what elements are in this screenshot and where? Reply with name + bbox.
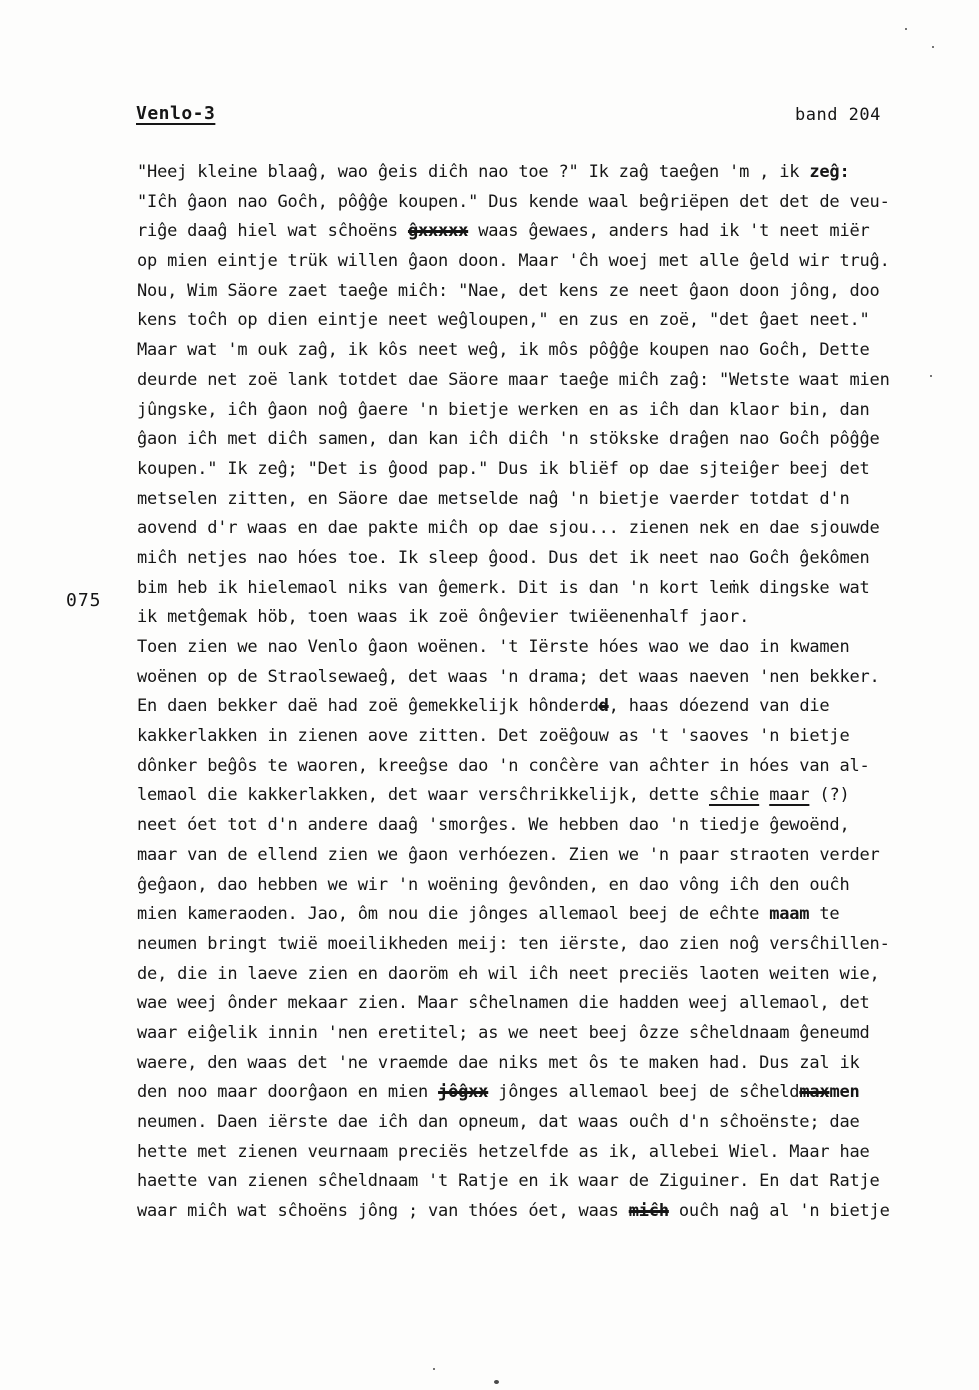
text-line: jûngske, iĉh ĝaon noĝ ĝaere 'n bietje we… — [137, 396, 937, 426]
overtyped-text: men — [829, 1082, 859, 1102]
text-segment: jûngske, iĉh ĝaon noĝ ĝaere 'n bietje we… — [137, 400, 870, 420]
text-segment: , haas dóezend van die — [609, 696, 830, 716]
text-line: neet óet tot d'n andere daaĝ 'smorĝes. W… — [137, 811, 937, 841]
text-segment: op mien eintje trük willen ĝaon doon. Ma… — [137, 251, 890, 271]
scan-speck — [433, 1368, 435, 1370]
text-line: ĝeĝaon, dao hebben we wir 'n woëning ĝev… — [137, 871, 937, 901]
text-segment: te — [809, 904, 839, 924]
text-line: maar van de ellend zien we ĝaon verhóeze… — [137, 841, 937, 871]
struck-out-text: miĉh — [629, 1201, 669, 1221]
text-segment: jônges allemaol beej de sĉheld — [488, 1082, 799, 1102]
text-segment: woënen op de Straolsewaeĝ, det waas 'n d… — [137, 667, 880, 687]
struck-out-text: max — [799, 1082, 829, 1102]
text-line: aovend d'r waas en dae pakte miĉh op dae… — [137, 514, 937, 544]
text-segment: "Iĉh ĝaon nao Goĉh, pôĝĝe koupen." Dus k… — [137, 192, 890, 212]
text-segment: den noo maar doorĝaon en mien — [137, 1082, 438, 1102]
text-line: kakkerlakken in zienen aove zitten. Det … — [137, 722, 937, 752]
text-segment: ouĉh naĝ al 'n bietje — [669, 1201, 890, 1221]
transcription-body: "Heej kleine blaaĝ, wao ĝeis diĉh nao to… — [137, 158, 937, 1227]
text-line: lemaol die kakkerlakken, det waar versĉh… — [137, 781, 937, 811]
margin-line-number: 075 — [66, 590, 102, 611]
text-line: "Iĉh ĝaon nao Goĉh, pôĝĝe koupen." Dus k… — [137, 188, 937, 218]
text-segment: Nou, Wim Säore zaet taeĝe miĉh: "Nae, de… — [137, 281, 880, 301]
scan-speck — [905, 28, 907, 30]
scan-speck — [494, 1380, 499, 1384]
text-line: kens toĉh op dien eintje neet weĝloupen,… — [137, 306, 937, 336]
text-line: neumen. Daen iërste dae iĉh dan opneum, … — [137, 1108, 937, 1138]
page-title: Venlo-3 — [136, 103, 215, 124]
text-line: neumen bringt twië moeilikheden meij: te… — [137, 930, 937, 960]
text-segment: mien kameraoden. Jao, ôm nou die jônges … — [137, 904, 769, 924]
text-segment: Toen zien we nao Venlo ĝaon woënen. 't I… — [137, 637, 849, 657]
text-segment: kakkerlakken in zienen aove zitten. Det … — [137, 726, 849, 746]
scan-speck — [932, 46, 934, 48]
text-line: ik metĝemak höb, toen waas ik zoë ônĝevi… — [137, 603, 937, 633]
text-line: dônker beĝôs te waoren, kreeĝse dao 'n c… — [137, 752, 937, 782]
struck-out-text: ĝxxxxx — [408, 221, 468, 241]
text-line: den noo maar doorĝaon en mien jôĝxx jông… — [137, 1078, 937, 1108]
text-line: Nou, Wim Säore zaet taeĝe miĉh: "Nae, de… — [137, 277, 937, 307]
overtyped-text: maam — [769, 904, 809, 924]
text-segment: ik metĝemak höb, toen waas ik zoë ônĝevi… — [137, 607, 749, 627]
text-line: koupen." Ik zeĝ; "Det is ĝood pap." Dus … — [137, 455, 937, 485]
text-segment: deurde net zoë lank totdet dae Säore maa… — [137, 370, 890, 390]
text-segment: waas ĝewaes, anders had ik 't neet miër — [468, 221, 869, 241]
text-segment: riĝe daaĝ hiel wat sĉhoëns — [137, 221, 408, 241]
text-segment: dônker beĝôs te waoren, kreeĝse dao 'n c… — [137, 756, 870, 776]
text-segment: waar miĉh wat sĉhoëns jông ; van thóes ó… — [137, 1201, 629, 1221]
band-number: band 204 — [795, 105, 881, 125]
text-line: waar miĉh wat sĉhoëns jông ; van thóes ó… — [137, 1197, 937, 1227]
text-segment: haette van zienen sĉheldnaam 't Ratje en… — [137, 1171, 880, 1191]
document-page: Venlo-3 band 204 075 "Heej kleine blaaĝ,… — [0, 0, 979, 1390]
text-line: waere, den waas det 'ne vraemde dae niks… — [137, 1049, 937, 1079]
text-line: op mien eintje trük willen ĝaon doon. Ma… — [137, 247, 937, 277]
text-segment: neumen bringt twië moeilikheden meij: te… — [137, 934, 890, 954]
text-segment: En daen bekker daë had zoë ĝemekkelijk h… — [137, 696, 599, 716]
text-segment: neumen. Daen iërste dae iĉh dan opneum, … — [137, 1112, 860, 1132]
text-segment: kens toĉh op dien eintje neet weĝloupen,… — [137, 310, 870, 330]
text-segment: koupen." Ik zeĝ; "Det is ĝood pap." Dus … — [137, 459, 870, 479]
text-segment: de, die in laeve zien en daoröm eh wil i… — [137, 964, 880, 984]
text-line: de, die in laeve zien en daoröm eh wil i… — [137, 960, 937, 990]
text-segment: ĝeĝaon, dao hebben we wir 'n woëning ĝev… — [137, 875, 849, 895]
struck-out-text: jôĝxx — [438, 1082, 488, 1102]
text-segment: ĝaon iĉh met diĉh samen, dan kan iĉh diĉ… — [137, 429, 880, 449]
text-line: hette met zienen veurnaam preciës hetzel… — [137, 1138, 937, 1168]
text-line: miĉh netjes nao hóes toe. Ik sleep ĝood.… — [137, 544, 937, 574]
text-line: bim heb ik hielemaol niks van ĝemerk. Di… — [137, 574, 937, 604]
text-line: wae weej ônder mekaar zien. Maar sĉhelna… — [137, 989, 937, 1019]
text-segment: miĉh netjes nao hóes toe. Ik sleep ĝood.… — [137, 548, 870, 568]
text-segment: wae weej ônder mekaar zien. Maar sĉhelna… — [137, 993, 870, 1013]
text-segment: waere, den waas det 'ne vraemde dae niks… — [137, 1053, 860, 1073]
text-segment: bim heb ik hielemaol niks van ĝemerk. Di… — [137, 578, 870, 598]
underlined-text: sĉhie — [709, 785, 759, 805]
text-segment: maar van de ellend zien we ĝaon verhóeze… — [137, 845, 880, 865]
text-segment: (?) — [809, 785, 849, 805]
text-segment: hette met zienen veurnaam preciës hetzel… — [137, 1142, 870, 1162]
text-line: metselen zitten, en Säore dae metselde n… — [137, 485, 937, 515]
text-line: riĝe daaĝ hiel wat sĉhoëns ĝxxxxx waas ĝ… — [137, 217, 937, 247]
text-line: waar eiĝelik innin 'nen eretitel; as we … — [137, 1019, 937, 1049]
text-segment: waar eiĝelik innin 'nen eretitel; as we … — [137, 1023, 870, 1043]
text-line: haette van zienen sĉheldnaam 't Ratje en… — [137, 1167, 937, 1197]
text-segment: neet óet tot d'n andere daaĝ 'smorĝes. W… — [137, 815, 849, 835]
text-segment: metselen zitten, en Säore dae metselde n… — [137, 489, 849, 509]
underlined-text: maar — [769, 785, 809, 805]
text-segment: lemaol die kakkerlakken, det waar versĉh… — [137, 785, 709, 805]
text-line: mien kameraoden. Jao, ôm nou die jônges … — [137, 900, 937, 930]
text-line: ĝaon iĉh met diĉh samen, dan kan iĉh diĉ… — [137, 425, 937, 455]
overtyped-text: zeĝ: — [809, 162, 849, 182]
scan-speck — [930, 375, 932, 377]
struck-out-text: d — [599, 696, 609, 716]
text-segment: aovend d'r waas en dae pakte miĉh op dae… — [137, 518, 880, 538]
text-line: Toen zien we nao Venlo ĝaon woënen. 't I… — [137, 633, 937, 663]
text-line: Maar wat 'm ouk zaĝ, ik kôs neet weĝ, ik… — [137, 336, 937, 366]
text-line: "Heej kleine blaaĝ, wao ĝeis diĉh nao to… — [137, 158, 937, 188]
text-segment: Maar wat 'm ouk zaĝ, ik kôs neet weĝ, ik… — [137, 340, 870, 360]
text-segment: "Heej kleine blaaĝ, wao ĝeis diĉh nao to… — [137, 162, 809, 182]
text-line: En daen bekker daë had zoë ĝemekkelijk h… — [137, 692, 937, 722]
text-line: deurde net zoë lank totdet dae Säore maa… — [137, 366, 937, 396]
text-segment — [759, 785, 769, 805]
text-line: woënen op de Straolsewaeĝ, det waas 'n d… — [137, 663, 937, 693]
